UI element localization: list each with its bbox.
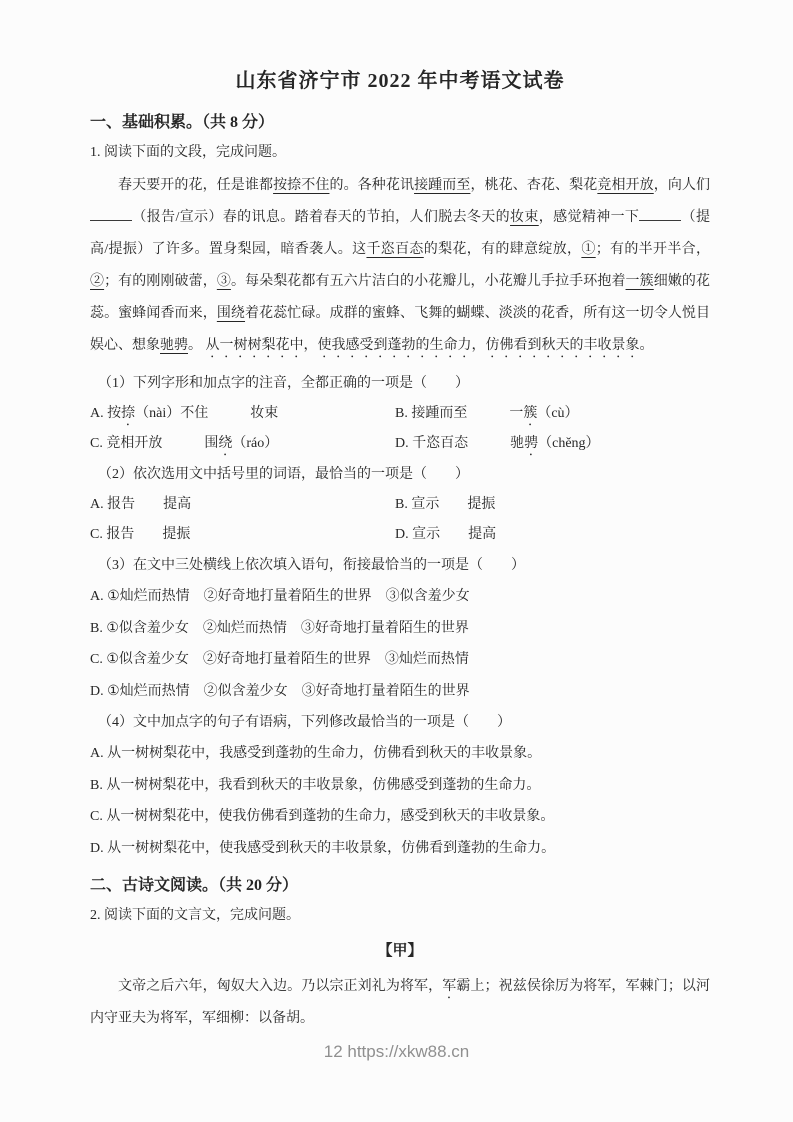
- option-text: 妆束: [250, 406, 278, 421]
- passage-segment: （报告/宣示）春的讯息。踏着春天的节拍，人们脱去冬天的: [132, 210, 510, 225]
- passage-segment: 文帝之后六年，匈奴大入边。乃以宗正刘礼为将军，: [118, 979, 442, 994]
- passage-segment-u: ③: [217, 274, 231, 289]
- passage-segment-u: 围绕: [217, 306, 245, 321]
- dotted-char: 绕: [218, 436, 232, 451]
- passage-segment: ；有的半开半合，: [596, 242, 710, 257]
- passage-segment: 。每朵梨花都有五六片洁白的小花瓣儿，小花瓣儿手拉手环抱着: [231, 274, 626, 289]
- option-text: （ráo）: [232, 436, 278, 451]
- q1-sub2-prompt: （2）依次选用文中括号里的词语，最恰当的一项是（ ）: [98, 459, 710, 490]
- q1-sub3-option-a: A. ①灿烂而热情 ②好奇地打量着陌生的世界 ③似含羞少女: [90, 581, 710, 613]
- q1-sub2-options-row-1: A. 报告 提高 B. 宣示 提振: [90, 490, 710, 520]
- option-text: 驰: [510, 436, 524, 451]
- option-text: （cù）: [537, 406, 578, 421]
- q1-sub4-option-a: A. 从一树树梨花中，我感受到蓬勃的生命力，仿佛看到秋天的丰收景象。: [90, 738, 710, 770]
- option-text: 一: [509, 406, 523, 421]
- passage-segment: 春天要开的花，任是谁都: [118, 178, 273, 193]
- passage-segment: 的梨花，有的肆意绽放，: [424, 242, 582, 257]
- dotted-char: 捺: [121, 406, 135, 421]
- q1-sub1-option-a: A. 按捺（nài）不住妆束: [90, 399, 395, 429]
- q1-sub1-option-c: C. 竞相开放围绕（ráo）: [90, 429, 395, 459]
- passage-segment: ，向人们: [654, 178, 710, 193]
- passage-segment: ，桃花、杏花、梨花: [470, 178, 597, 193]
- passage-segment-u: 按捺不住: [273, 178, 329, 193]
- passage-segment-dot: 从一树树梨花中，使我感受到蓬勃的生命力，仿佛看到秋天的丰收景象。: [206, 338, 654, 353]
- option-text: B. 接踵而至: [395, 406, 467, 421]
- q1-sub2-option-a: A. 报告 提高: [90, 490, 395, 520]
- option-text: 围: [204, 436, 218, 451]
- q1-sub1-options-row-1: A. 按捺（nài）不住妆束 B. 接踵而至一簇（cù）: [90, 399, 710, 429]
- q1-sub2-option-b: B. 宣示 提振: [395, 490, 700, 520]
- q1-sub2-option-d: D. 宣示 提高: [395, 520, 700, 550]
- passage-segment-u: 驰骋: [160, 338, 188, 353]
- passage-segment: ，感觉精神一下: [539, 210, 640, 225]
- exam-paper-page: 山东省济宁市 2022 年中考语文试卷 一、基础积累。（共 8 分） 1. 阅读…: [0, 0, 793, 1122]
- q1-sub3-prompt: （3）在文中三处横线上依次填入语句，衔接最恰当的一项是（ ）: [98, 550, 710, 581]
- blank-underline: [90, 206, 132, 221]
- q1-sub2-option-c: C. 报告 提振: [90, 520, 395, 550]
- passage-segment-u: 千恣百态: [366, 242, 423, 257]
- passage-segment: 。: [188, 338, 206, 353]
- section2-heading: 二、古诗文阅读。（共 20 分）: [90, 872, 710, 895]
- passage-segment: ；有的刚刚破蕾，: [104, 274, 217, 289]
- question1-passage: 春天要开的花，任是谁都按捺不住的。各种花讯接踵而至，桃花、杏花、梨花竞相开放，向…: [90, 170, 710, 362]
- question1-intro: 1. 阅读下面的文段，完成问题。: [90, 138, 710, 168]
- passage-segment-u: 接踵而至: [414, 178, 470, 193]
- dotted-char: 骋: [524, 436, 538, 451]
- passage-segment-u: ①: [581, 242, 595, 257]
- passage-segment-u: 一簇: [626, 274, 654, 289]
- q1-sub3-option-d: D. ①灿烂而热情 ②似含羞少女 ③好奇地打量着陌生的世界: [90, 676, 710, 708]
- q1-sub3-option-c: C. ①似含羞少女 ②好奇地打量着陌生的世界 ③灿烂而热情: [90, 644, 710, 676]
- passage-segment-u: ②: [90, 274, 104, 289]
- page-title: 山东省济宁市 2022 年中考语文试卷: [90, 64, 710, 93]
- section1-heading: 一、基础积累。（共 8 分）: [90, 109, 710, 132]
- q1-sub4-option-d: D. 从一树树梨花中，使我感受到秋天的丰收景象，仿佛看到蓬勃的生命力。: [90, 833, 710, 865]
- q1-sub1-option-b: B. 接踵而至一簇（cù）: [395, 399, 700, 429]
- q1-sub4-option-b: B. 从一树树梨花中，我看到秋天的丰收景象，仿佛感受到蓬勃的生命力。: [90, 770, 710, 802]
- option-text: C. 竞相开放: [90, 436, 162, 451]
- question2-passage: 文帝之后六年，匈奴大入边。乃以宗正刘礼为将军，军霸上；祝兹侯徐厉为将军，军棘门；…: [90, 971, 710, 1035]
- page-footer: 12 https://xkw88.cn: [0, 1042, 793, 1062]
- option-text: （nài）不住: [135, 406, 208, 421]
- passage-segment-u: 竞相开放: [597, 178, 653, 193]
- question2-intro: 2. 阅读下面的文言文，完成问题。: [90, 901, 710, 931]
- q1-sub1-option-d: D. 千恣百态驰骋（chěng）: [395, 429, 700, 459]
- page-content: 山东省济宁市 2022 年中考语文试卷 一、基础积累。（共 8 分） 1. 阅读…: [0, 0, 793, 1035]
- q1-sub2-options-row-2: C. 报告 提振 D. 宣示 提高: [90, 520, 710, 550]
- option-text: （chěng）: [538, 436, 599, 451]
- dotted-char: 簇: [523, 406, 537, 421]
- q1-sub1-options-row-2: C. 竞相开放围绕（ráo） D. 千恣百态驰骋（chěng）: [90, 429, 710, 459]
- q1-sub4-option-c: C. 从一树树梨花中，使我仿佛看到蓬勃的生命力，感受到秋天的丰收景象。: [90, 801, 710, 833]
- option-text: D. 千恣百态: [395, 436, 468, 451]
- blank-underline: [639, 206, 681, 221]
- q1-sub1-prompt: （1）下列字形和加点字的注音，全都正确的一项是（ ）: [98, 368, 710, 399]
- passage-segment-u: 妆束: [510, 210, 539, 225]
- q1-sub4-prompt: （4）文中加点字的句子有语病，下列修改最恰当的一项是（ ）: [98, 707, 710, 738]
- option-text: A. 按: [90, 406, 121, 421]
- passage-segment-dot: 军: [442, 979, 456, 994]
- passage-segment: 的。各种花讯: [329, 178, 414, 193]
- q1-sub3-option-b: B. ①似含羞少女 ②灿烂而热情 ③好奇地打量着陌生的世界: [90, 613, 710, 645]
- passage-jia-label: 【甲】: [90, 935, 710, 967]
